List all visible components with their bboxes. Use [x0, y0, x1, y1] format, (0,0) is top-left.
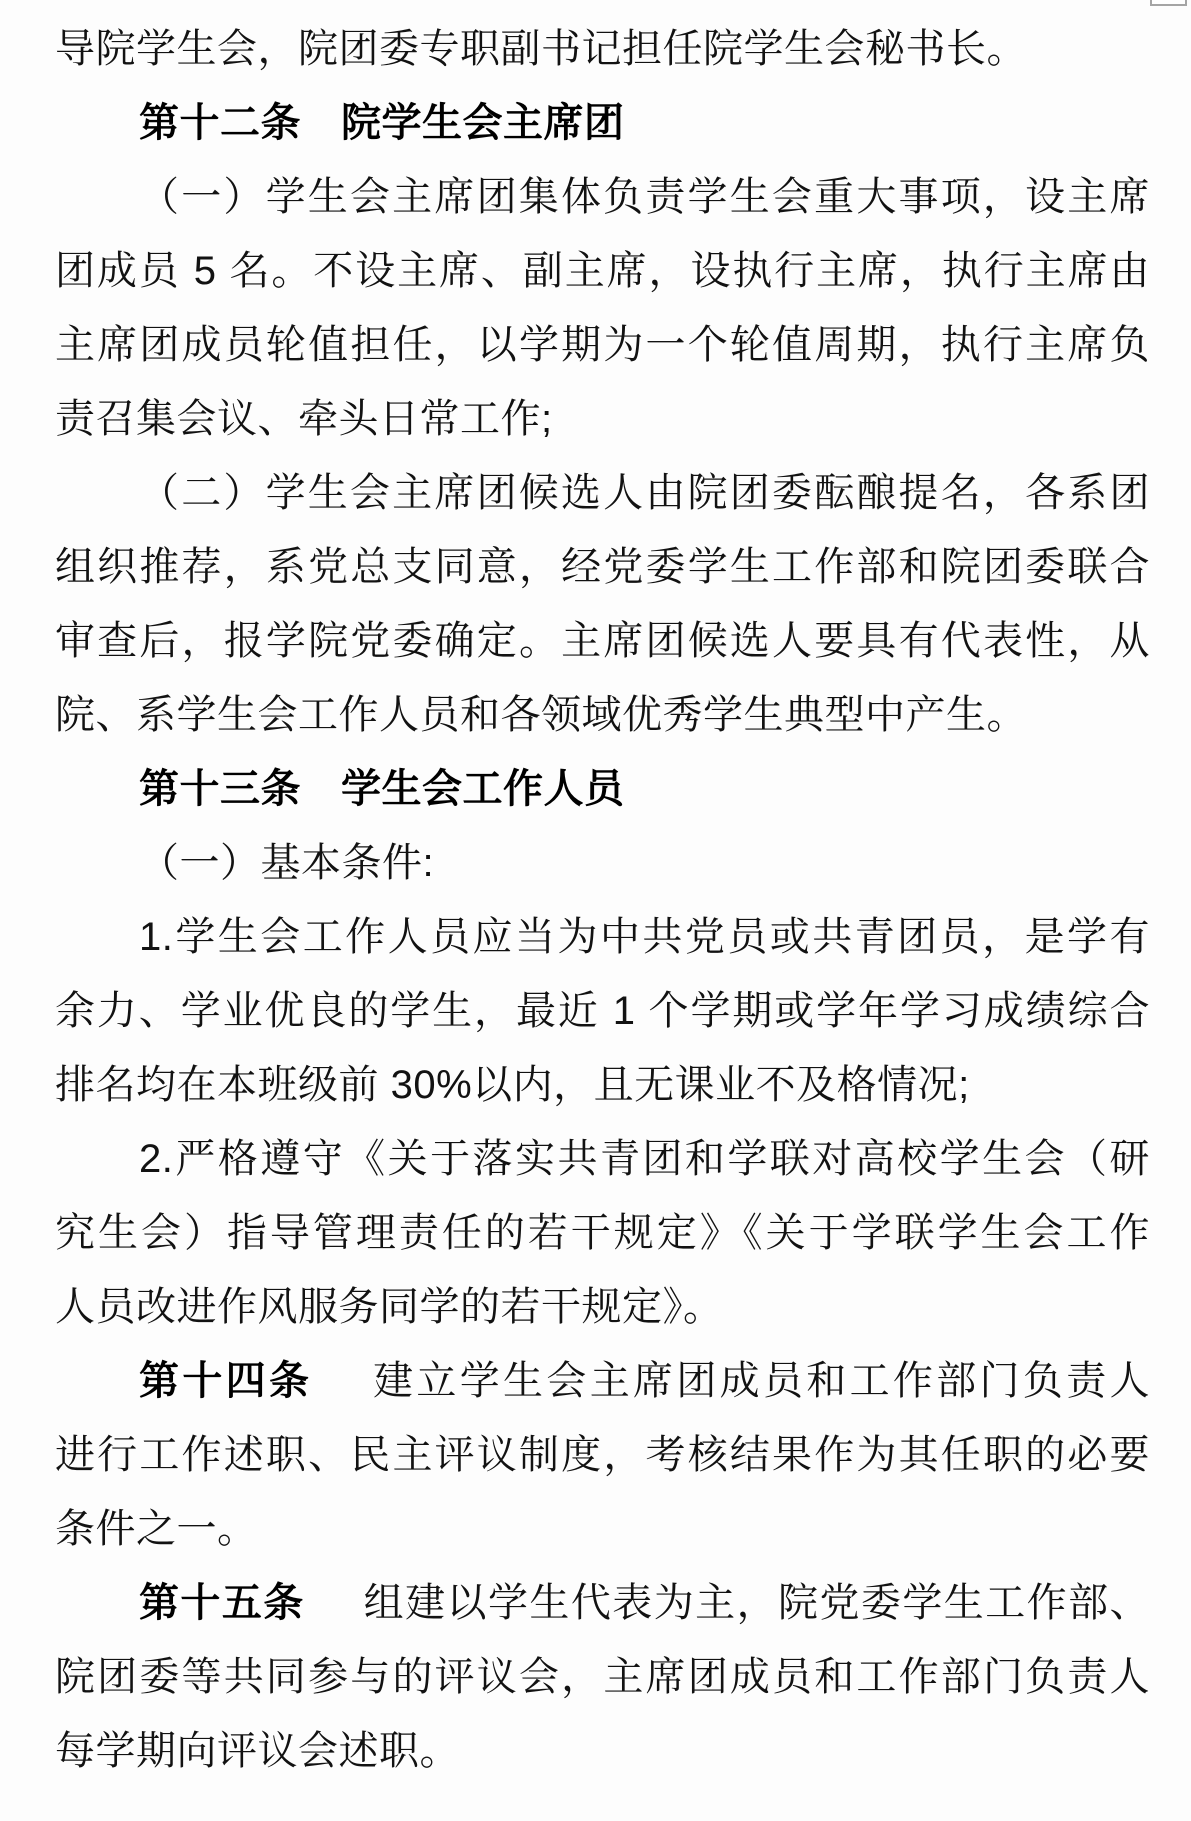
line-text: 排名均在本班级前 30%以内，且无课业不及格情况; [55, 1063, 970, 1107]
line-text: 院学生会主席团 [341, 101, 625, 145]
text-line: 排名均在本班级前 30%以内，且无课业不及格情况; [0, 1048, 1191, 1122]
text-line: 进行工作述职、民主评议制度，考核结果作为其任职的必要 [0, 1418, 1191, 1492]
text-line: （一）基本条件: [0, 826, 1191, 900]
article-number: 第十五条 [139, 1581, 305, 1625]
line-text: 审查后，报学院党委确定。主席团候选人要具有代表性，从 [55, 619, 1150, 663]
line-text: 人员改进作风服务同学的若干规定》。 [55, 1285, 724, 1329]
line-text: 余力、学业优良的学生，最近 1 个学期或学年学习成绩综合 [55, 989, 1150, 1033]
text-line: 组织推荐，系党总支同意，经党委学生工作部和院团委联合 [0, 530, 1191, 604]
article-number: 第十二条 [139, 101, 301, 145]
text-line: （一）学生会主席团集体负责学生会重大事项，设主席 [0, 160, 1191, 234]
text-line: 院、系学生会工作人员和各领域优秀学生典型中产生。 [0, 678, 1191, 752]
line-text: 院、系学生会工作人员和各领域优秀学生典型中产生。 [55, 693, 1027, 737]
line-text: 组织推荐，系党总支同意，经党委学生工作部和院团委联合 [55, 545, 1150, 589]
heading-spacer [312, 1393, 370, 1394]
line-text: （一）学生会主席团集体负责学生会重大事项，设主席 [139, 175, 1150, 219]
page-corner-artifact [1150, 0, 1187, 6]
article-number: 第十四条 [139, 1359, 312, 1403]
document-page: 导院学生会，院团委专职副书记担任院学生会秘书长。第十二条院学生会主席团（一）学生… [0, 0, 1191, 1821]
text-line: 2.严格遵守《关于落实共青团和学联对高校学生会（研 [0, 1122, 1191, 1196]
line-text: 条件之一。 [55, 1507, 258, 1551]
text-line: 主席团成员轮值担任，以学期为一个轮值周期，执行主席负 [0, 308, 1191, 382]
text-line: 院团委等共同参与的评议会，主席团成员和工作部门负责人 [0, 1640, 1191, 1714]
line-text: 2.严格遵守《关于落实共青团和学联对高校学生会（研 [139, 1137, 1150, 1181]
article-line: 第十四条建立学生会主席团成员和工作部门负责人 [0, 1344, 1191, 1418]
heading-spacer [305, 1615, 363, 1616]
line-text: 责召集会议、牵头日常工作; [55, 397, 553, 441]
line-text: 导院学生会，院团委专职副书记担任院学生会秘书长。 [55, 27, 1027, 71]
line-text: 每学期向评议会述职。 [55, 1729, 460, 1773]
line-text: 组建以学生代表为主，院党委学生工作部、 [363, 1581, 1150, 1625]
text-line: （二）学生会主席团候选人由院团委酝酿提名，各系团 [0, 456, 1191, 530]
line-text: （二）学生会主席团候选人由院团委酝酿提名，各系团 [139, 471, 1150, 515]
article-number: 第十三条 [139, 767, 301, 811]
text-line: 究生会）指导管理责任的若干规定》《关于学联学生会工作 [0, 1196, 1191, 1270]
line-text: 主席团成员轮值担任，以学期为一个轮值周期，执行主席负 [55, 323, 1150, 367]
line-text: （一）基本条件: [139, 841, 434, 885]
heading-spacer [301, 801, 341, 802]
text-line: 1.学生会工作人员应当为中共党员或共青团员，是学有 [0, 900, 1191, 974]
line-text: 学生会工作人员 [341, 767, 625, 811]
line-text: 建立学生会主席团成员和工作部门负责人 [370, 1359, 1150, 1403]
line-text: 1.学生会工作人员应当为中共党员或共青团员，是学有 [139, 915, 1150, 959]
text-line: 人员改进作风服务同学的若干规定》。 [0, 1270, 1191, 1344]
article-line: 第十二条院学生会主席团 [0, 86, 1191, 160]
text-line: 责召集会议、牵头日常工作; [0, 382, 1191, 456]
line-text: 进行工作述职、民主评议制度，考核结果作为其任职的必要 [55, 1433, 1150, 1477]
document-body: 导院学生会，院团委专职副书记担任院学生会秘书长。第十二条院学生会主席团（一）学生… [0, 0, 1191, 1788]
text-line: 审查后，报学院党委确定。主席团候选人要具有代表性，从 [0, 604, 1191, 678]
article-line: 第十五条组建以学生代表为主，院党委学生工作部、 [0, 1566, 1191, 1640]
heading-spacer [301, 135, 341, 136]
article-line: 第十三条学生会工作人员 [0, 752, 1191, 826]
text-line: 余力、学业优良的学生，最近 1 个学期或学年学习成绩综合 [0, 974, 1191, 1048]
line-text: 团成员 5 名。不设主席、副主席，设执行主席，执行主席由 [55, 249, 1150, 293]
line-text: 究生会）指导管理责任的若干规定》《关于学联学生会工作 [55, 1211, 1150, 1255]
text-line: 导院学生会，院团委专职副书记担任院学生会秘书长。 [0, 12, 1191, 86]
text-line: 每学期向评议会述职。 [0, 1714, 1191, 1788]
line-text: 院团委等共同参与的评议会，主席团成员和工作部门负责人 [55, 1655, 1150, 1699]
text-line: 团成员 5 名。不设主席、副主席，设执行主席，执行主席由 [0, 234, 1191, 308]
text-line: 条件之一。 [0, 1492, 1191, 1566]
